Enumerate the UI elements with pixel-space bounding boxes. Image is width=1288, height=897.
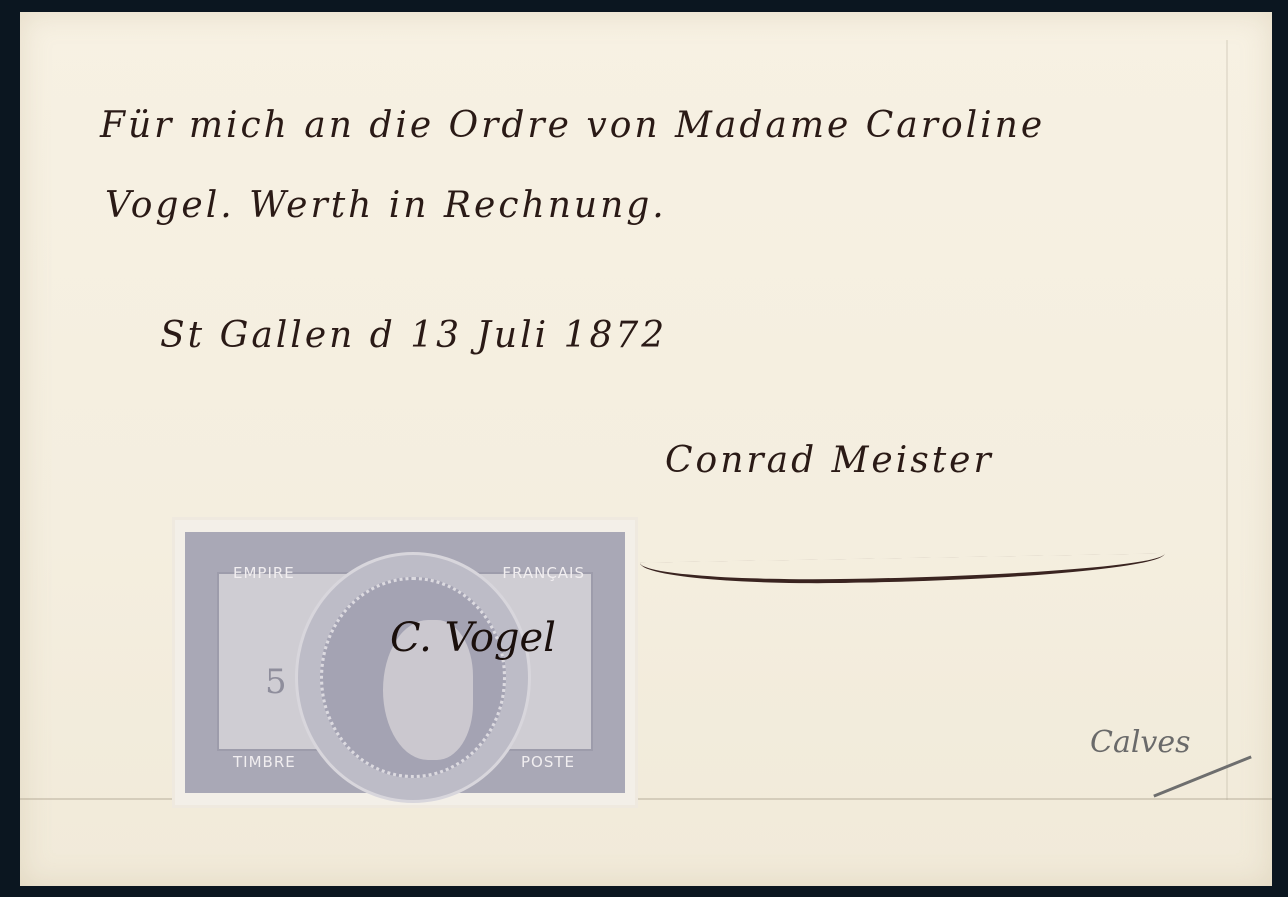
stamp-text-poste: POSTE bbox=[521, 753, 575, 771]
stamp-text-empire: EMPIRE bbox=[233, 564, 295, 582]
medallion-inner bbox=[320, 577, 506, 778]
handwriting-line-2: Vogel. Werth in Rechnung. bbox=[105, 185, 667, 226]
postage-stamp: 5 EMPIRE FRANÇAIS TIMBRE POSTE bbox=[175, 520, 635, 805]
stamp-cancellation-signature: C. Vogel bbox=[390, 615, 556, 661]
stamp-medallion bbox=[295, 552, 531, 803]
handwriting-line-3: St Gallen d 13 Juli 1872 bbox=[160, 315, 667, 356]
pencil-expert-mark: Calves bbox=[1090, 725, 1191, 760]
stamp-body: 5 EMPIRE FRANÇAIS TIMBRE POSTE bbox=[185, 532, 625, 793]
stamp-text-timbre: TIMBRE bbox=[233, 753, 296, 771]
stamp-text-francais: FRANÇAIS bbox=[502, 564, 585, 582]
handwriting-signature: Conrad Meister bbox=[665, 440, 994, 481]
stamp-value: 5 bbox=[265, 662, 288, 702]
handwriting-line-1: Für mich an die Ordre von Madame Carolin… bbox=[100, 105, 1045, 146]
paper-edge bbox=[1226, 40, 1228, 800]
